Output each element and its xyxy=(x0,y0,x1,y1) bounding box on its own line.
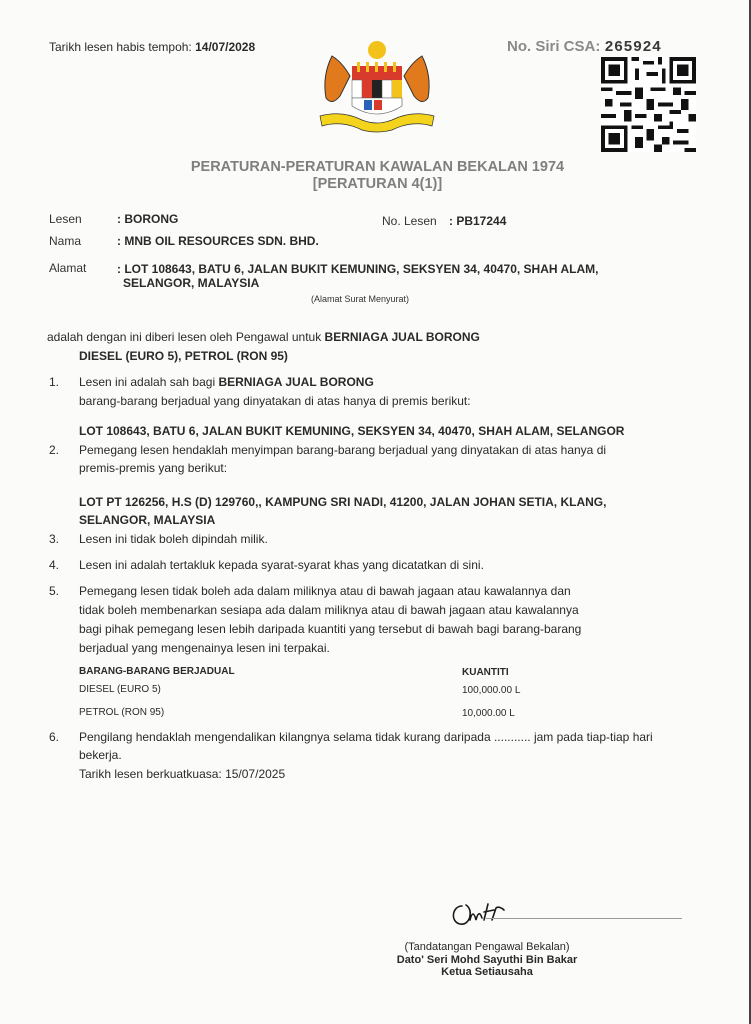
schedule-row-2-item: PETROL (RON 95) xyxy=(79,707,164,718)
alamat-label: Alamat xyxy=(49,261,86,276)
qr-code-icon[interactable] xyxy=(601,57,696,152)
signatory-title: Ketua Setiausaha xyxy=(382,966,592,978)
item-1-line-2: barang-barang berjadual yang dinyatakan … xyxy=(79,394,679,409)
item-5-line-1: Pemegang lesen tidak boleh ada dalam mil… xyxy=(79,584,679,599)
item-6-line-1: Pengilang hendaklah mengendalikan kilang… xyxy=(79,730,699,745)
csa-serial: No. Siri CSA: 265924 xyxy=(507,38,662,56)
handwritten-signature-icon xyxy=(448,896,512,928)
item-2-line-1: Pemegang lesen hendaklah menyimpan baran… xyxy=(79,443,679,458)
effective-date: Tarikh lesen berkuatkuasa: 15/07/2025 xyxy=(79,767,679,782)
intro-bold: BERNIAGA JUAL BORONG xyxy=(325,330,480,344)
schedule-row-1-qty: 100,000.00 L xyxy=(462,685,520,696)
item-3-text: Lesen ini tidak boleh dipindah milik. xyxy=(79,532,679,547)
item-6-line-2: bekerja. xyxy=(79,748,679,763)
item-2-address-line-2: SELANGOR, MALAYSIA xyxy=(79,513,679,528)
expiry-date: 14/07/2028 xyxy=(195,40,255,54)
alamat-value-line-2: SELANGOR, MALAYSIA xyxy=(123,276,259,291)
alamat-note: (Alamat Surat Menyurat) xyxy=(311,294,409,304)
no-lesen-value: : PB17244 xyxy=(449,214,506,229)
no-lesen-label: No. Lesen xyxy=(382,214,437,229)
document-title: PERATURAN-PERATURAN KAWALAN BEKALAN 1974… xyxy=(150,159,605,193)
item-1-text: Lesen ini adalah sah bagi xyxy=(79,375,218,389)
schedule-row-1-item: DIESEL (EURO 5) xyxy=(79,684,161,695)
signature-caption: (Tandatangan Pengawal Bekalan) xyxy=(382,940,592,954)
item-1-bold: BERNIAGA JUAL BORONG xyxy=(218,375,373,389)
intro-goods: DIESEL (EURO 5), PETROL (RON 95) xyxy=(79,349,288,364)
csa-label: No. Siri CSA: xyxy=(507,38,600,55)
lesen-label: Lesen xyxy=(49,212,82,227)
signatory-name: Dato' Seri Mohd Sayuthi Bin Bakar xyxy=(382,954,592,966)
schedule-header-item: BARANG-BARANG BERJADUAL xyxy=(79,666,235,677)
schedule-header-quantity: KUANTITI xyxy=(462,667,509,678)
csa-number: 265924 xyxy=(605,39,662,56)
lesen-value: : BORONG xyxy=(117,212,178,227)
item-1-address: LOT 108643, BATU 6, JALAN BUKIT KEMUNING… xyxy=(79,424,699,439)
expiry-label: Tarikh lesen habis tempoh: xyxy=(49,40,192,54)
item-2-line-2: premis-premis yang berikut: xyxy=(79,461,679,476)
item-5-number: 5. xyxy=(49,584,59,599)
schedule-row-2-qty: 10,000.00 L xyxy=(462,708,515,719)
item-5-line-2: tidak boleh membenarkan sesiapa ada dala… xyxy=(79,603,679,618)
item-4-number: 4. xyxy=(49,558,59,573)
signature-line xyxy=(486,918,682,919)
nama-label: Nama xyxy=(49,234,81,249)
item-2-number: 2. xyxy=(49,443,59,458)
item-4-text: Lesen ini adalah tertakluk kepada syarat… xyxy=(79,558,679,573)
item-1-number: 1. xyxy=(49,375,59,390)
nama-value: : MNB OIL RESOURCES SDN. BHD. xyxy=(117,234,319,249)
intro-text: adalah dengan ini diberi lesen oleh Peng… xyxy=(47,330,325,344)
malaysia-coat-of-arms-icon xyxy=(312,36,442,136)
signature-block: (Tandatangan Pengawal Bekalan) Dato' Ser… xyxy=(382,940,592,978)
alamat-value-line-1: : LOT 108643, BATU 6, JALAN BUKIT KEMUNI… xyxy=(117,262,598,277)
item-5-line-4: berjadual yang mengenainya lesen ini ter… xyxy=(79,641,679,656)
expiry-line: Tarikh lesen habis tempoh: 14/07/2028 xyxy=(49,40,255,54)
item-5-line-3: bagi pihak pemegang lesen lebih daripada… xyxy=(79,622,679,637)
item-1-line-1: Lesen ini adalah sah bagi BERNIAGA JUAL … xyxy=(79,375,679,390)
title-line-1: PERATURAN-PERATURAN KAWALAN BEKALAN 1974 xyxy=(150,159,605,176)
item-2-address-line-1: LOT PT 126256, H.S (D) 129760,, KAMPUNG … xyxy=(79,495,679,510)
item-3-number: 3. xyxy=(49,532,59,547)
title-line-2: [PERATURAN 4(1)] xyxy=(150,176,605,193)
intro-line: adalah dengan ini diberi lesen oleh Peng… xyxy=(47,330,480,345)
item-6-number: 6. xyxy=(49,730,59,745)
